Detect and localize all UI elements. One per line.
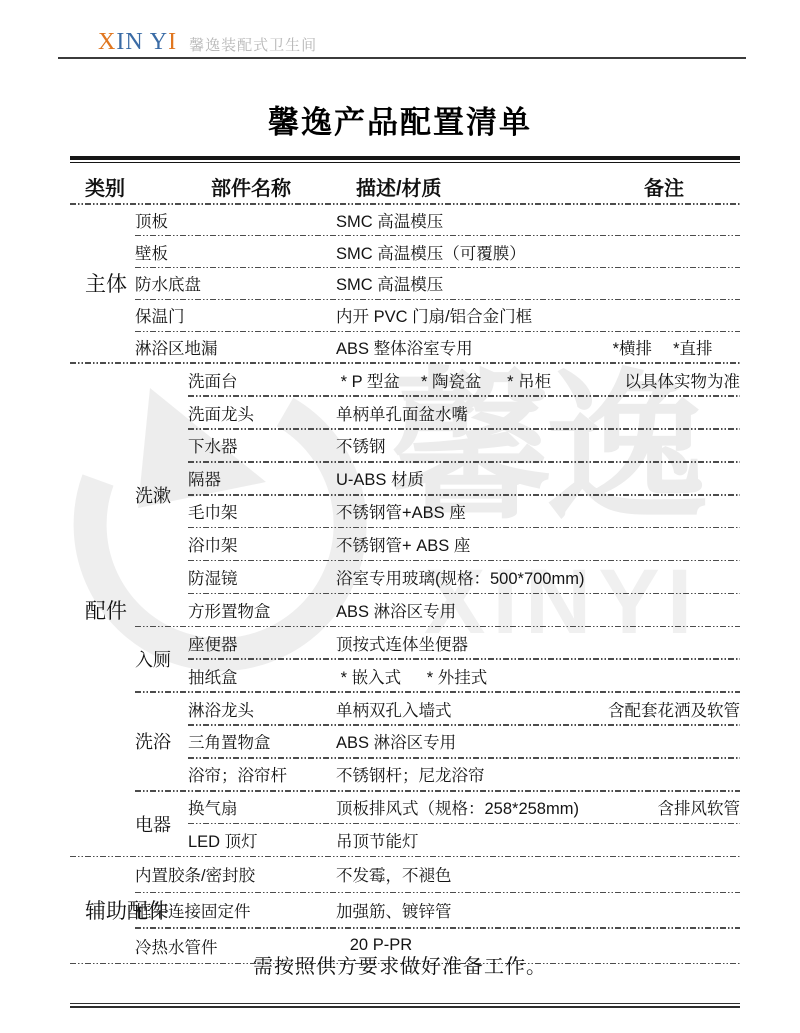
config-table: 类别 部件名称 描述/材质 备注 主体顶板SMC 高温模压壁板SMC 高温模压（…: [70, 156, 740, 964]
category-cell: 配件: [70, 364, 135, 856]
description-cell: ABS 整体浴室专用: [336, 335, 588, 359]
table-section: 配件洗漱洗面台 * P 型盆 * 陶瓷盆 * 吊柜以具体实物为准洗面龙头单柄单孔…: [70, 364, 740, 856]
description-cell: 加强筋、镀锌管: [336, 898, 588, 922]
subcategory-cell: 电器: [135, 792, 188, 856]
description-cell: 不发霉，不褪色: [336, 862, 588, 886]
section-body: 洗漱洗面台 * P 型盆 * 陶瓷盆 * 吊柜以具体实物为准洗面龙头单柄单孔面盆…: [135, 364, 740, 856]
table-row: 淋浴龙头单柄双孔入墙式含配套花洒及软管: [188, 693, 740, 724]
description-cell: U-ABS 材质: [336, 466, 588, 490]
category-cell: 辅助配件: [70, 857, 135, 963]
brand-subtitle: 馨逸装配式卫生间: [189, 38, 317, 55]
group-body: 顶板SMC 高温模压壁板SMC 高温模压（可覆膜）防水底盘SMC 高温模压保温门…: [135, 205, 740, 363]
table-row: 换气扇顶板排风式（规格：258*258mm)含排风软管: [188, 792, 740, 823]
part-name-cell: 方形置物盒: [188, 598, 336, 622]
part-name-cell: 座便器: [188, 631, 336, 655]
description-cell: 顶板排风式（规格：258*258mm): [336, 795, 588, 819]
table-row: 防水底盘SMC 高温模压: [135, 268, 740, 298]
part-name-cell: 框架连接固定件: [135, 898, 336, 922]
table-row: 保温门内开 PVC 门扇/铝合金门框: [135, 300, 740, 330]
description-cell: * 嵌入式 * 外挂式: [336, 664, 588, 688]
part-name-cell: 防水底盘: [135, 271, 336, 295]
table-section: 辅助配件内置胶条/密封胶不发霉，不褪色框架连接固定件加强筋、镀锌管冷热水管件 2…: [70, 857, 740, 963]
description-cell: 内开 PVC 门扇/铝合金门框: [336, 303, 588, 327]
table-row: 洗面台 * P 型盆 * 陶瓷盆 * 吊柜以具体实物为准: [188, 364, 740, 395]
part-name-cell: 洗面台: [188, 368, 336, 392]
subcategory-label: 洗漱: [135, 482, 171, 508]
table-group: 内置胶条/密封胶不发霉，不褪色框架连接固定件加强筋、镀锌管冷热水管件 20 P-…: [135, 857, 740, 963]
note-cell: 以具体实物为准: [588, 368, 740, 392]
table-row: 壁板SMC 高温模压（可覆膜）: [135, 236, 740, 266]
table-row: 下水器不锈钢: [188, 430, 740, 461]
subcategory-cell: 洗漱: [135, 364, 188, 626]
table-row: 防湿镜浴室专用玻璃(规格：500*700mm): [188, 561, 740, 592]
description-cell: 吊顶节能灯: [336, 828, 588, 852]
description-cell: 不锈钢管+ABS 座: [336, 499, 588, 523]
group-body: 内置胶条/密封胶不发霉，不褪色框架连接固定件加强筋、镀锌管冷热水管件 20 P-…: [135, 857, 740, 963]
note-cell: 含配套花洒及软管: [588, 697, 740, 721]
table-row: 顶板SMC 高温模压: [135, 205, 740, 235]
part-name-cell: LED 顶灯: [188, 828, 336, 852]
description-cell: 浴室专用玻璃(规格：500*700mm): [336, 565, 588, 589]
subcategory-label: 洗浴: [135, 728, 171, 754]
brand-logo-letter: X: [98, 29, 116, 55]
table-group: 顶板SMC 高温模压壁板SMC 高温模压（可覆膜）防水底盘SMC 高温模压保温门…: [135, 205, 740, 363]
description-cell: 不锈钢: [336, 433, 588, 457]
table-row: 毛巾架不锈钢管+ABS 座: [188, 496, 740, 527]
part-name-cell: 浴帘；浴帘杆: [188, 762, 336, 786]
part-name-cell: 防湿镜: [188, 565, 336, 589]
table-header-row: 类别 部件名称 描述/材质 备注: [70, 163, 740, 203]
category-label: 主体: [70, 268, 127, 298]
header-brand-bar: XIN YI 馨逸装配式卫生间: [58, 24, 746, 59]
part-name-cell: 内置胶条/密封胶: [135, 862, 336, 886]
group-body: 淋浴龙头单柄双孔入墙式含配套花洒及软管三角置物盒ABS 淋浴区专用浴帘；浴帘杆不…: [188, 693, 740, 790]
description-cell: SMC 高温模压: [336, 208, 588, 232]
part-name-cell: 下水器: [188, 433, 336, 457]
col-header-description: 描述/材质: [356, 172, 442, 201]
part-name-cell: 淋浴区地漏: [135, 335, 336, 359]
table-row: 抽纸盒 * 嵌入式 * 外挂式: [188, 660, 740, 691]
footer-note: 需按照供方要求做好准备工作。: [0, 950, 800, 979]
part-name-cell: 换气扇: [188, 795, 336, 819]
group-body: 座便器顶按式连体坐便器抽纸盒 * 嵌入式 * 外挂式: [188, 627, 740, 691]
description-cell: ABS 淋浴区专用: [336, 598, 588, 622]
description-cell: 顶按式连体坐便器: [336, 631, 588, 655]
part-name-cell: 毛巾架: [188, 499, 336, 523]
table-body: 主体顶板SMC 高温模压壁板SMC 高温模压（可覆膜）防水底盘SMC 高温模压保…: [70, 205, 740, 965]
page-title: 馨逸产品配置清单: [0, 97, 800, 142]
part-name-cell: 抽纸盒: [188, 664, 336, 688]
table-row: 座便器顶按式连体坐便器: [188, 627, 740, 658]
table-row: 洗面龙头单柄单孔面盆水嘴: [188, 397, 740, 428]
table-group: 洗浴淋浴龙头单柄双孔入墙式含配套花洒及软管三角置物盒ABS 淋浴区专用浴帘；浴帘…: [135, 693, 740, 790]
description-cell: ABS 淋浴区专用: [336, 729, 588, 753]
col-header-part: 部件名称: [211, 172, 291, 201]
table-row: 浴帘；浴帘杆不锈钢杆；尼龙浴帘: [188, 759, 740, 790]
table-row: 淋浴区地漏ABS 整体浴室专用*横排 *直排: [135, 332, 740, 362]
subcategory-label: 电器: [135, 811, 171, 837]
table-row: 隔器U-ABS 材质: [188, 463, 740, 494]
part-name-cell: 淋浴龙头: [188, 697, 336, 721]
table-group: 入厕座便器顶按式连体坐便器抽纸盒 * 嵌入式 * 外挂式: [135, 627, 740, 691]
table-row: 方形置物盒ABS 淋浴区专用: [188, 594, 740, 625]
category-label: 配件: [70, 595, 127, 625]
description-cell: SMC 高温模压（可覆膜）: [336, 240, 588, 264]
part-name-cell: 洗面龙头: [188, 401, 336, 425]
table-top-rule: [70, 156, 740, 163]
table-section: 主体顶板SMC 高温模压壁板SMC 高温模压（可覆膜）防水底盘SMC 高温模压保…: [70, 205, 740, 363]
note-cell: *横排 *直排: [588, 335, 740, 359]
subcategory-cell: 入厕: [135, 627, 188, 691]
part-name-cell: 壁板: [135, 240, 336, 264]
table-row: 框架连接固定件加强筋、镀锌管: [135, 893, 740, 927]
subcategory-cell: 洗浴: [135, 693, 188, 790]
group-body: 换气扇顶板排风式（规格：258*258mm)含排风软管LED 顶灯吊顶节能灯: [188, 792, 740, 856]
col-header-category: 类别: [85, 172, 125, 201]
part-name-cell: 保温门: [135, 303, 336, 327]
part-name-cell: 隔器: [188, 466, 336, 490]
brand-logo: XIN YI: [98, 30, 177, 54]
description-cell: 不锈钢管+ ABS 座: [336, 532, 588, 556]
brand-logo-letters: IN Y: [116, 29, 168, 55]
part-name-cell: 浴巾架: [188, 532, 336, 556]
group-body: 洗面台 * P 型盆 * 陶瓷盆 * 吊柜以具体实物为准洗面龙头单柄单孔面盆水嘴…: [188, 364, 740, 626]
note-cell: 含排风软管: [588, 795, 740, 819]
section-body: 内置胶条/密封胶不发霉，不褪色框架连接固定件加强筋、镀锌管冷热水管件 20 P-…: [135, 857, 740, 963]
document-page: 馨逸 XINYI XIN YI 馨逸装配式卫生间 馨逸产品配置清单 类别 部件名…: [0, 0, 800, 1033]
table-group: 洗漱洗面台 * P 型盆 * 陶瓷盆 * 吊柜以具体实物为准洗面龙头单柄单孔面盆…: [135, 364, 740, 626]
section-body: 顶板SMC 高温模压壁板SMC 高温模压（可覆膜）防水底盘SMC 高温模压保温门…: [135, 205, 740, 363]
part-name-cell: 顶板: [135, 208, 336, 232]
table-row: 内置胶条/密封胶不发霉，不褪色: [135, 857, 740, 891]
subcategory-label: 入厕: [135, 646, 171, 672]
description-cell: 不锈钢杆；尼龙浴帘: [336, 762, 588, 786]
table-row: 浴巾架不锈钢管+ ABS 座: [188, 528, 740, 559]
col-header-note: 备注: [644, 172, 684, 201]
category-cell: 主体: [70, 205, 135, 363]
table-row: LED 顶灯吊顶节能灯: [188, 824, 740, 855]
description-cell: SMC 高温模压: [336, 271, 588, 295]
description-cell: * P 型盆 * 陶瓷盆 * 吊柜: [336, 368, 588, 392]
table-group: 电器换气扇顶板排风式（规格：258*258mm)含排风软管LED 顶灯吊顶节能灯: [135, 792, 740, 856]
description-cell: 单柄双孔入墙式: [336, 697, 588, 721]
bottom-rule: [70, 1003, 740, 1008]
brand-logo-letter: I: [168, 29, 177, 55]
table-row: 三角置物盒ABS 淋浴区专用: [188, 726, 740, 757]
part-name-cell: 三角置物盒: [188, 729, 336, 753]
description-cell: 单柄单孔面盆水嘴: [336, 401, 588, 425]
